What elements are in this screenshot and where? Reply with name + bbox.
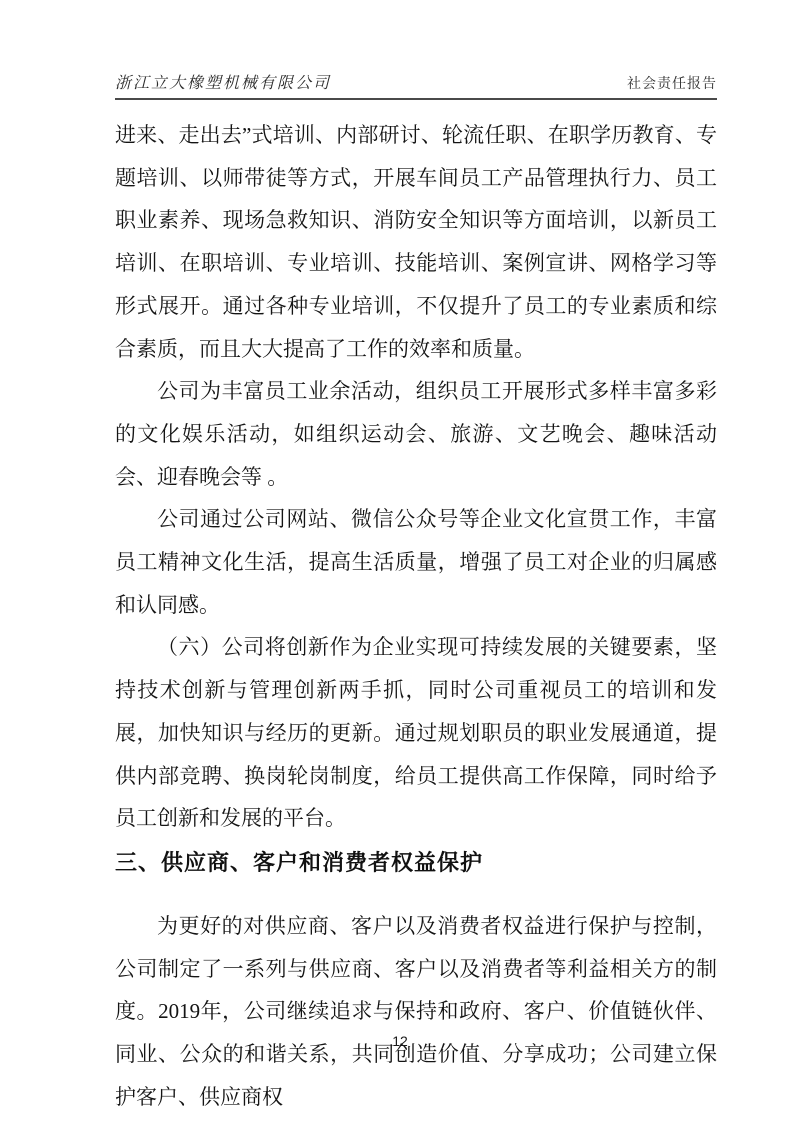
report-page: 浙江立大橡塑机械有限公司 社会责任报告 进来、走出去”式培训、内部研讨、轮流任职…: [0, 0, 800, 1131]
page-number: 12: [392, 1033, 408, 1049]
header-report-title: 社会责任报告: [627, 73, 717, 93]
body-paragraph: 公司通过公司网站、微信公众号等企业文化宣贯工作，丰富员工精神文化生活，提高生活质…: [115, 498, 717, 626]
header-company-name: 浙江立大橡塑机械有限公司: [115, 70, 331, 93]
page-header: 浙江立大橡塑机械有限公司 社会责任报告: [115, 70, 717, 100]
body-paragraph: 公司为丰富员工业余活动，组织员工开展形式多样丰富多彩的文化娱乐活动，如组织运动会…: [115, 370, 717, 498]
body-paragraph: 为更好的对供应商、客户以及消费者权益进行保护与控制，公司制定了一系列与供应商、客…: [115, 905, 717, 1119]
page-footer: 12: [0, 1033, 800, 1049]
document-body: 进来、走出去”式培训、内部研讨、轮流任职、在职学历教育、专题培训、以师带徒等方式…: [115, 114, 717, 1118]
section-heading: 三、供应商、客户和消费者权益保护: [115, 841, 717, 884]
body-paragraph: （六）公司将创新作为企业实现可持续发展的关键要素，坚持技术创新与管理创新两手抓，…: [115, 626, 717, 840]
body-paragraph: 进来、走出去”式培训、内部研讨、轮流任职、在职学历教育、专题培训、以师带徒等方式…: [115, 114, 717, 370]
